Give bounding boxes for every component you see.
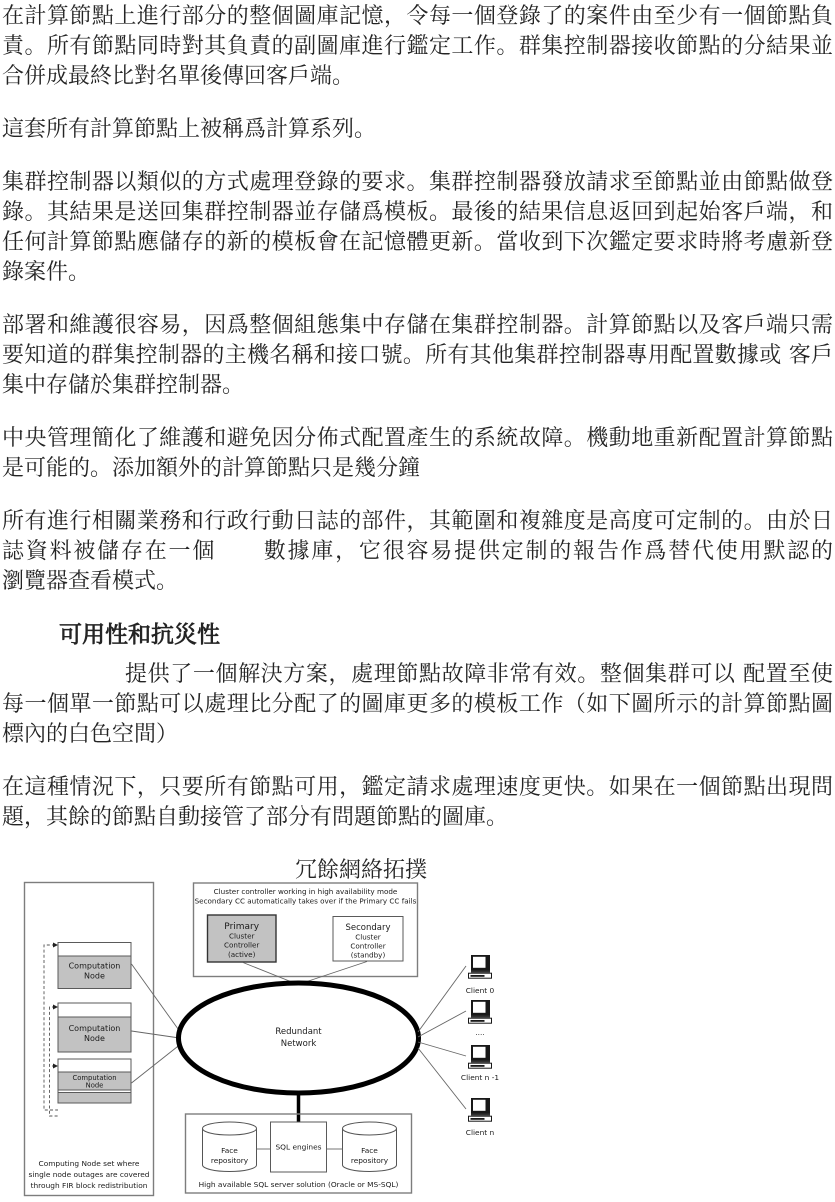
paragraph-cluster-memory: 在計算節點上進行部分的整個圖庫記憶，令每一個登錄了的案件由至少有一個節點負責。所…: [2, 2, 833, 92]
paragraph-deployment: 部署和維護很容易，因爲整個組態集中存儲在集群控制器。計算節點以及客戶端只需要知道…: [2, 311, 833, 401]
client-computer-icon: [469, 1045, 492, 1068]
arrowhead-icon: [53, 1005, 58, 1010]
node-network-link: [132, 964, 180, 1031]
secondary-cc-line: Cluster: [355, 933, 381, 942]
client-ellipsis-label: ....: [475, 1028, 484, 1037]
node-network-link: [132, 1045, 180, 1083]
secondary-cc-line: Controller: [350, 942, 385, 951]
client-network-link: [418, 1048, 466, 1109]
computation-node-label: Computation: [69, 962, 121, 971]
redundant-network-diagram: Computation Node Computation Node Comput…: [0, 860, 835, 1202]
client-computer-icon: [469, 1000, 492, 1023]
client-network-link: [418, 1011, 466, 1037]
paragraph-compute-series: 這套所有計算節點上被稱爲計算系列。: [2, 115, 833, 145]
face-repository-cylinder: Face repository: [203, 1122, 257, 1172]
arrowhead-icon: [53, 943, 58, 948]
face-repository-label: Face: [221, 1146, 238, 1155]
face-repository-label: repository: [211, 1156, 249, 1165]
sql-solution-caption: High available SQL server solution (Orac…: [199, 1180, 399, 1189]
client-computer-icon: [469, 1098, 492, 1121]
redistribution-dashed-line: [44, 945, 58, 1110]
computation-node-label: Node: [84, 972, 105, 981]
node-set-caption: Computing Node set where: [39, 1159, 140, 1168]
paragraph-central-mgmt: 中央管理簡化了維護和避免因分佈式配置產生的系統故障。機動地重新配置計算節點是可能…: [2, 424, 833, 484]
primary-cc-line: Controller: [224, 941, 259, 950]
face-repository-cylinder: Face repository: [343, 1122, 397, 1172]
computation-node: Computation Node: [58, 943, 131, 989]
paragraph-logging: 所有進行相關業務和行政行動日誌的部件，其範圍和複雜度是高度可定制的。由於日誌資料…: [2, 507, 833, 597]
paragraph-enrollment: 集群控制器以類似的方式處理登錄的要求。集群控制器發放請求至節點並由節點做登錄。其…: [2, 168, 833, 288]
ha-box-title: Cluster controller working in high avail…: [214, 887, 398, 896]
primary-cluster-controller: Primary Cluster Controller (active): [208, 915, 277, 962]
secondary-cc-line: (standby): [351, 951, 386, 960]
arrowhead-icon: [53, 1064, 58, 1069]
node-network-link: [132, 1031, 180, 1038]
network-label: Redundant: [275, 1027, 322, 1037]
client-computer-icon: [469, 955, 492, 978]
computation-node-label: Node: [86, 1082, 104, 1090]
computation-node-label: Node: [84, 1034, 105, 1043]
face-repository-label: repository: [351, 1156, 389, 1165]
sql-engines-label: SQL engines: [275, 1143, 321, 1152]
document-body: 在計算節點上進行部分的整個圖庫記憶，令每一個登錄了的案件由至少有一個節點負責。所…: [2, 2, 833, 886]
ha-box-subtitle: Secondary CC automatically takes over if…: [195, 897, 417, 906]
node-set-caption: through FIR block redistribution: [31, 1181, 148, 1190]
secondary-cluster-controller: Secondary Cluster Controller (standby): [333, 917, 403, 962]
computation-node: Computation Node: [58, 1059, 131, 1103]
primary-cc-line: (active): [228, 950, 256, 959]
paragraph-failover: 提供了一個解決方案，處理節點故障非常有效。整個集群可以 配置至使每一個單一節點可…: [2, 660, 833, 750]
client-network-link: [418, 1042, 466, 1056]
client-label: Client n: [466, 1128, 495, 1137]
client-label: Client n -1: [461, 1073, 499, 1082]
computation-node-label: Computation: [69, 1024, 121, 1033]
client-network-link: [418, 966, 466, 1032]
primary-cc-line: Cluster: [229, 932, 255, 941]
computation-node-extra-block: [58, 1093, 131, 1104]
client-label: Client 0: [466, 986, 495, 995]
redistribution-dashed-line: [50, 1007, 59, 1116]
secondary-cc-name: Secondary: [345, 923, 390, 933]
primary-cc-name: Primary: [224, 922, 259, 932]
redundant-network-ellipse: [179, 983, 419, 1093]
node-set-caption: single node outages are covered: [28, 1170, 149, 1179]
paragraph-takeover: 在這種情況下，只要所有節點可用，鑑定請求處理速度更快。如果在一個節點出現問題，其…: [2, 773, 833, 833]
face-repository-label: Face: [361, 1146, 378, 1155]
network-label: Network: [281, 1039, 317, 1049]
section-heading-availability: 可用性和抗災性: [59, 620, 833, 650]
computation-node: Computation Node: [58, 1003, 131, 1052]
